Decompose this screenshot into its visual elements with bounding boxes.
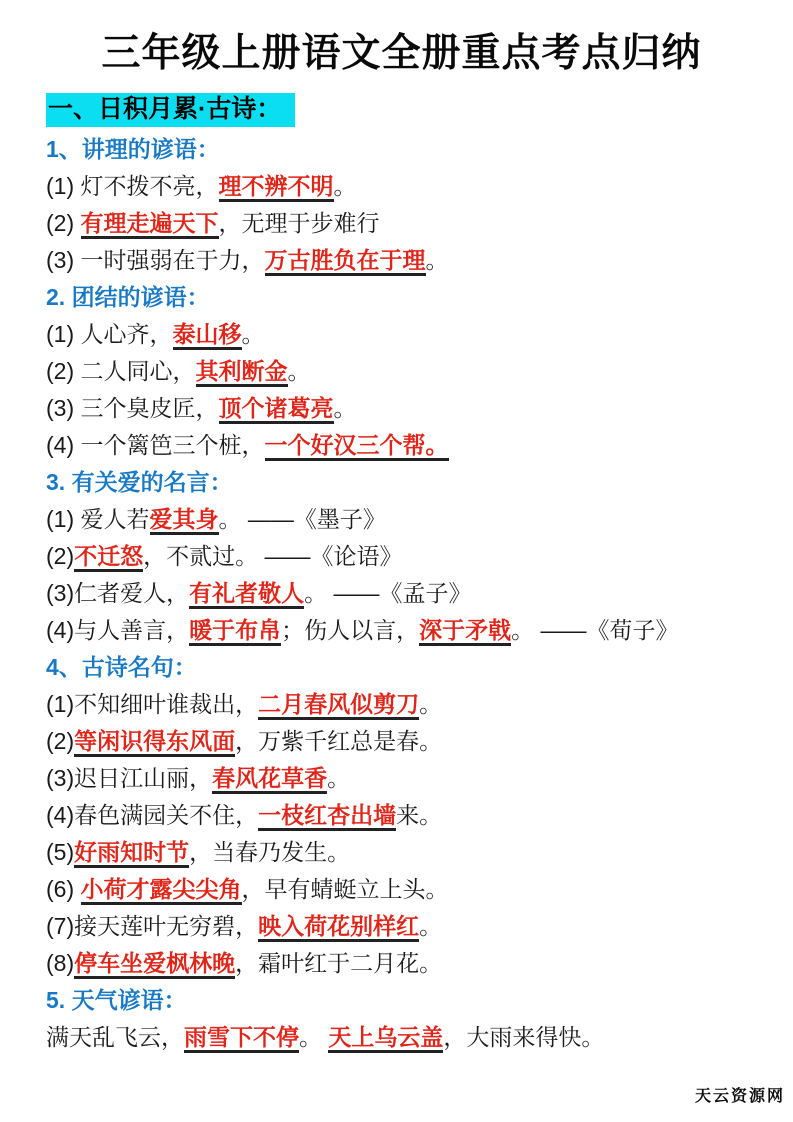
text-segment: (1) 灯不拨不亮，	[46, 173, 219, 199]
text-segment: 来。	[396, 802, 442, 828]
content-line: (3) 三个臭皮匠，顶个诸葛亮。	[46, 390, 757, 427]
highlight-term: 有礼者敬人	[189, 580, 304, 609]
highlight-term: 暖于布帛	[189, 617, 281, 646]
highlight-term: 其利断金	[196, 358, 288, 387]
page-title: 三年级上册语文全册重点考点归纳	[46, 30, 757, 79]
content-line: (2)等闲识得东风面，万紫千红总是春。	[46, 723, 757, 760]
section-heading: 1、讲理的谚语：	[46, 131, 757, 168]
text-segment: 。	[419, 913, 442, 939]
text-segment: (4)与人善言，	[46, 617, 189, 643]
text-segment: 满天乱飞云，	[46, 1024, 184, 1050]
highlight-term: 春风花草香	[212, 765, 327, 794]
content-line: (1)不知细叶谁裁出，二月春风似剪刀。	[46, 686, 757, 723]
section: 4、古诗名句：(1)不知细叶谁裁出，二月春风似剪刀。(2)等闲识得东风面，万紫千…	[46, 649, 757, 982]
text-segment: (1) 人心齐，	[46, 321, 173, 347]
section-one-highlight-header: 一、日积月累·古诗：	[46, 93, 295, 127]
text-segment: 。	[334, 173, 357, 199]
highlight-term: 等闲识得东风面	[74, 728, 235, 757]
highlight-term: 理不辨不明	[219, 173, 334, 202]
section: 3. 有关爱的名言：(1) 爱人若爱其身。 ——《墨子》(2)不迁怒，不贰过。 …	[46, 464, 757, 649]
highlight-term: 万古胜负在于理	[265, 247, 426, 276]
content-line: (4)与人善言，暖于布帛；伤人以言，深于矛戟。 ——《荀子》	[46, 612, 757, 649]
text-segment: ；伤人以言，	[281, 617, 419, 643]
section: 1、讲理的谚语：(1) 灯不拨不亮，理不辨不明。(2) 有理走遍天下，无理于步难…	[46, 131, 757, 279]
content-line: (4) 一个篱笆三个桩，一个好汉三个帮。	[46, 427, 757, 464]
highlight-term: 一枝红杏出墙	[258, 802, 396, 831]
highlight-term: 深于矛戟	[419, 617, 511, 646]
text-segment: (8)	[46, 950, 74, 976]
content-line: 满天乱飞云，雨雪下不停。 天上乌云盖，大雨来得快。	[46, 1019, 757, 1056]
text-segment: (1)不知细叶谁裁出，	[46, 691, 258, 717]
text-segment: ，大雨来得快。	[443, 1024, 604, 1050]
sections-container: 1、讲理的谚语：(1) 灯不拨不亮，理不辨不明。(2) 有理走遍天下，无理于步难…	[46, 131, 757, 1056]
highlight-term: 爱其身	[150, 506, 219, 535]
text-segment: (2)	[46, 728, 74, 754]
text-segment: (3) 一时强弱在于力，	[46, 247, 265, 273]
highlight-term: 不迁怒	[74, 543, 143, 572]
watermark: 天云资源网	[695, 1083, 785, 1106]
highlight-term: 小荷才露尖尖角	[81, 876, 242, 905]
content-line: (5)好雨知时节，当春乃发生。	[46, 834, 757, 871]
text-segment: (1) 爱人若	[46, 506, 150, 532]
highlight-term: 停车坐爱枫林晚	[74, 950, 235, 979]
highlight-term: 泰山移	[173, 321, 242, 350]
text-segment: 。 ——《荀子》	[511, 617, 678, 643]
text-segment: (2) 二人同心，	[46, 358, 196, 384]
content-line: (7)接天莲叶无穷碧，映入荷花别样红。	[46, 908, 757, 945]
text-segment: (4)春色满园关不住，	[46, 802, 258, 828]
text-segment: ，不贰过。 ——《论语》	[143, 543, 402, 569]
text-segment: (3)迟日江山丽，	[46, 765, 212, 791]
section: 5. 天气谚语：满天乱飞云，雨雪下不停。 天上乌云盖，大雨来得快。	[46, 982, 757, 1056]
text-segment: 。 ——《孟子》	[304, 580, 471, 606]
section-heading: 3. 有关爱的名言：	[46, 464, 757, 501]
content-line: (8)停车坐爱枫林晚，霜叶红于二月花。	[46, 945, 757, 982]
text-segment: 。	[419, 691, 442, 717]
text-segment: 。	[426, 247, 449, 273]
content-line: (2)不迁怒，不贰过。 ——《论语》	[46, 538, 757, 575]
text-segment: (5)	[46, 839, 74, 865]
text-segment: (3) 三个臭皮匠，	[46, 395, 219, 421]
text-segment: ，当春乃发生。	[189, 839, 350, 865]
highlight-term: 好雨知时节	[74, 839, 189, 868]
content-line: (4)春色满园关不住，一枝红杏出墙来。	[46, 797, 757, 834]
highlight-header-text: 一、日积月累·古诗：	[48, 95, 281, 123]
text-segment: (3)仁者爱人，	[46, 580, 189, 606]
text-segment: (2)	[46, 543, 74, 569]
content-line: (3) 一时强弱在于力，万古胜负在于理。	[46, 242, 757, 279]
content-line: (1) 灯不拨不亮，理不辨不明。	[46, 168, 757, 205]
text-segment: ，霜叶红于二月花。	[235, 950, 442, 976]
content-line: (1) 人心齐，泰山移。	[46, 316, 757, 353]
text-segment: (7)接天莲叶无穷碧，	[46, 913, 258, 939]
section-heading: 4、古诗名句：	[46, 649, 757, 686]
section: 2. 团结的谚语：(1) 人心齐，泰山移。(2) 二人同心，其利断金。(3) 三…	[46, 279, 757, 464]
content-line: (3)仁者爱人，有礼者敬人。 ——《孟子》	[46, 575, 757, 612]
content-line: (3)迟日江山丽，春风花草香。	[46, 760, 757, 797]
text-segment: 。	[288, 358, 311, 384]
text-segment: 。 ——《墨子》	[219, 506, 386, 532]
text-segment: ，万紫千红总是春。	[235, 728, 442, 754]
text-segment: (6)	[46, 876, 81, 902]
highlight-term: 映入荷花别样红	[258, 913, 419, 942]
highlight-term: 天上乌云盖	[328, 1024, 443, 1053]
text-segment: (2)	[46, 210, 81, 236]
text-segment: (4) 一个篱笆三个桩，	[46, 432, 265, 458]
text-segment: 。	[242, 321, 265, 347]
content-line: (2) 有理走遍天下，无理于步难行	[46, 205, 757, 242]
text-segment: 。	[327, 765, 350, 791]
content-line: (1) 爱人若爱其身。 ——《墨子》	[46, 501, 757, 538]
section-heading: 5. 天气谚语：	[46, 982, 757, 1019]
section-heading: 2. 团结的谚语：	[46, 279, 757, 316]
highlight-term: 顶个诸葛亮	[219, 395, 334, 424]
highlight-term: 雨雪下不停	[184, 1024, 299, 1053]
content-line: (6) 小荷才露尖尖角，早有蜻蜓立上头。	[46, 871, 757, 908]
text-segment: ，无理于步难行	[219, 210, 380, 236]
highlight-term: 有理走遍天下	[81, 210, 219, 239]
text-segment: 。	[334, 395, 357, 421]
highlight-term: 二月春风似剪刀	[258, 691, 419, 720]
highlight-term: 一个好汉三个帮。	[265, 432, 449, 461]
text-segment: ，早有蜻蜓立上头。	[242, 876, 449, 902]
worksheet-page: 三年级上册语文全册重点考点归纳 一、日积月累·古诗： 1、讲理的谚语：(1) 灯…	[0, 0, 793, 1056]
content-line: (2) 二人同心，其利断金。	[46, 353, 757, 390]
text-segment: 。	[299, 1024, 328, 1050]
